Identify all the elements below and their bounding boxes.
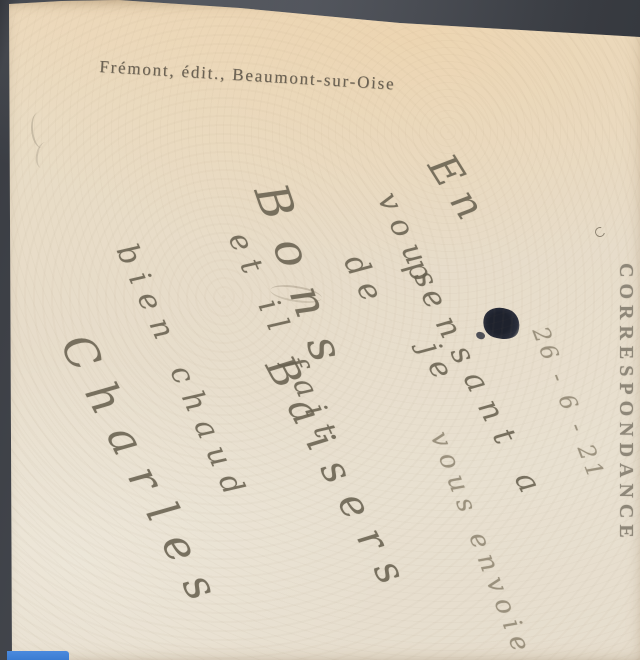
correspondance-label: CORRESPONDANCE xyxy=(614,263,637,544)
handwriting-line: de xyxy=(338,250,391,315)
handwriting-signature: Charles xyxy=(53,328,233,625)
handwriting-line: En xyxy=(421,148,497,236)
ink-speck xyxy=(593,225,607,239)
blue-ui-fragment[interactable] xyxy=(7,651,69,660)
handwriting-line: Baisers xyxy=(259,350,420,605)
publisher-imprint: Frémont, édit., Beaumont-sur-Oise xyxy=(99,57,396,95)
postcard: Frémont, édit., Beaumont-sur-Oise CORRES… xyxy=(0,0,640,660)
photo-background: Frémont, édit., Beaumont-sur-Oise CORRES… xyxy=(0,0,640,660)
ink-blot-mark xyxy=(479,303,524,344)
handwriting-date: 26 - 6 - 21 xyxy=(528,324,608,485)
ink-blot-droplet xyxy=(475,330,486,341)
